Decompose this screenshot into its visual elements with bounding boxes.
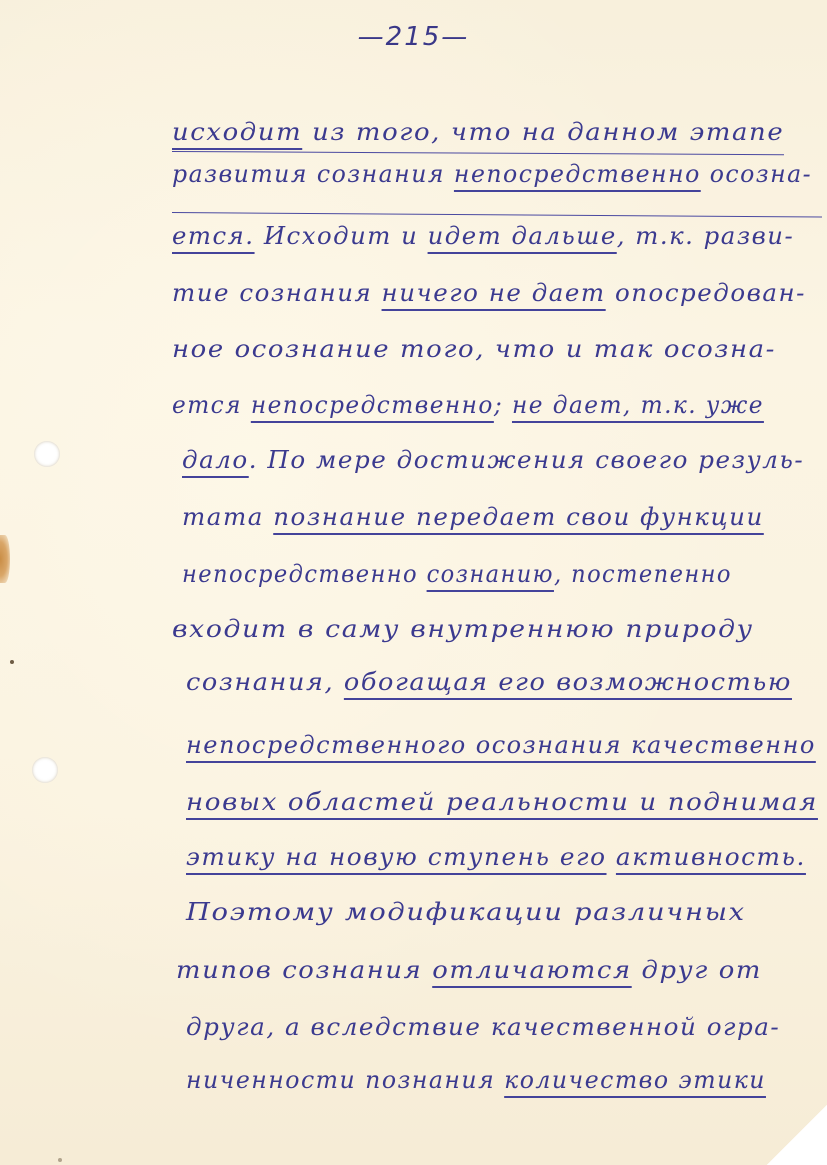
underlined-phrase: идет дальше: [428, 222, 617, 250]
text-line: этику на новую ступень его активность.: [186, 843, 806, 871]
underlined-phrase: отличаются: [432, 956, 631, 984]
underlined-phrase: этику на новую ступень его: [186, 843, 607, 871]
underlined-phrase: исходит: [172, 118, 302, 146]
underlined-phrase: познание передает свои функции: [273, 503, 764, 531]
text-line: дало. По мере достижения своего резуль-: [182, 446, 804, 474]
underlined-phrase: дало: [182, 446, 249, 474]
underlined-phrase: обогащая его возможностью: [344, 668, 792, 696]
underlined-phrase: ничего не дает: [382, 279, 606, 307]
text-line: непосредственно сознанию, постепенно: [182, 560, 732, 588]
underline-rule: [172, 151, 784, 155]
text-line: ниченности познания количество этики: [186, 1066, 766, 1094]
text-line: Поэтому модификации различных: [186, 898, 746, 926]
underlined-phrase: не дает, т.к. уже: [512, 391, 764, 419]
underlined-phrase: непосредственного осознания качественно: [186, 731, 816, 759]
text-line: тие сознания ничего не дает опосредован-: [172, 279, 806, 307]
paper-stain: [0, 535, 10, 583]
underlined-phrase: новых областей реальности и поднимая: [186, 788, 818, 816]
text-line: друга, а вследствие качественной огра-: [186, 1013, 780, 1041]
underlined-phrase: ется.: [172, 222, 255, 250]
text-line: непосредственного осознания качественно: [186, 731, 816, 759]
text-line: сознания, обогащая его возможностью: [186, 668, 792, 696]
text-line: новых областей реальности и поднимая: [186, 788, 818, 816]
underlined-phrase: количество этики: [504, 1066, 766, 1094]
text-line: ное осознание того, что и так осозна-: [172, 335, 776, 363]
underlined-phrase: активность.: [616, 843, 806, 871]
page-number: —215—: [0, 22, 827, 52]
text-line: ется непосредственно; не дает, т.к. уже: [172, 391, 764, 419]
underlined-phrase: непосредственно: [251, 391, 494, 419]
paper-speck: [10, 660, 14, 664]
paper-speck: [58, 1158, 62, 1162]
text-line: тата познание передает свои функции: [182, 503, 764, 531]
text-line: исходит из того, что на данном этапе: [172, 118, 784, 146]
underlined-phrase: сознанию: [427, 560, 554, 588]
text-line: входит в саму внутреннюю природу: [172, 615, 754, 643]
punch-hole-bottom: [32, 757, 58, 783]
torn-corner: [767, 1105, 827, 1165]
punch-hole-top: [34, 441, 60, 467]
underlined-phrase: непосредственно: [454, 160, 701, 188]
underline-rule: [172, 212, 822, 218]
text-line: ется. Исходит и идет дальше, т.к. разви-: [172, 222, 794, 250]
manuscript-page: —215— исходит из того, что на данном эта…: [0, 0, 827, 1165]
text-line: типов сознания отличаются друг от: [176, 956, 762, 984]
text-line: развития сознания непосредственно осозна…: [172, 160, 812, 188]
